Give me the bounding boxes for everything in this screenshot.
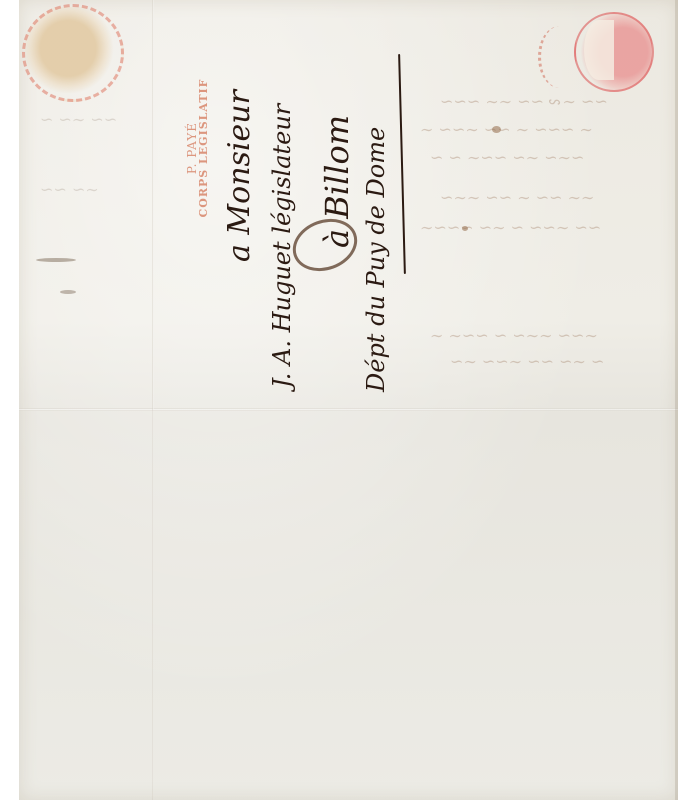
seal-fragment	[584, 20, 614, 80]
bleed-line: ∽ ~~~ ∽ ~~ ∽~~ ∽	[420, 120, 593, 139]
bleed-line: ~∽~ ∽~ ~~∽ ~ ~	[430, 148, 584, 167]
bleed-line: ~~ ∽∾ ~~ ∽∽ ~~~	[440, 92, 608, 111]
vertical-fold-line	[152, 0, 154, 410]
ink-blot	[492, 126, 501, 133]
bleed-line: ∽∽ ~~ ∽ ~~ ∽∽~	[440, 188, 594, 207]
wax-seal-top-left	[22, 4, 124, 102]
bleed-line: ~~ ∽~ ~	[40, 110, 117, 129]
paper-edge	[675, 0, 678, 800]
bleed-line: ∽~ ~~	[40, 180, 99, 199]
ink-smudge	[36, 258, 76, 262]
address-salutation: a Monsieur	[222, 90, 257, 262]
ink-smudge	[60, 290, 76, 294]
bleed-line: ~~ ∽~~ ~ ∽~ ~~~∽	[420, 218, 601, 237]
address-department: Dépt du Puy de Dome	[362, 127, 390, 392]
bleed-line: ~ ∽~ ~~ ∽~~ ∽~	[450, 352, 604, 371]
wax-seal-top-right	[574, 12, 654, 92]
bleed-line: ∽~~ ∽∽~ ~ ~~∽ ∽	[430, 326, 598, 345]
ink-blot	[462, 226, 468, 231]
horizontal-fold-line	[19, 408, 678, 411]
vertical-fold-line-lower	[152, 410, 153, 800]
stamp-line-2: CORPS LEGISLATIF	[198, 48, 210, 248]
